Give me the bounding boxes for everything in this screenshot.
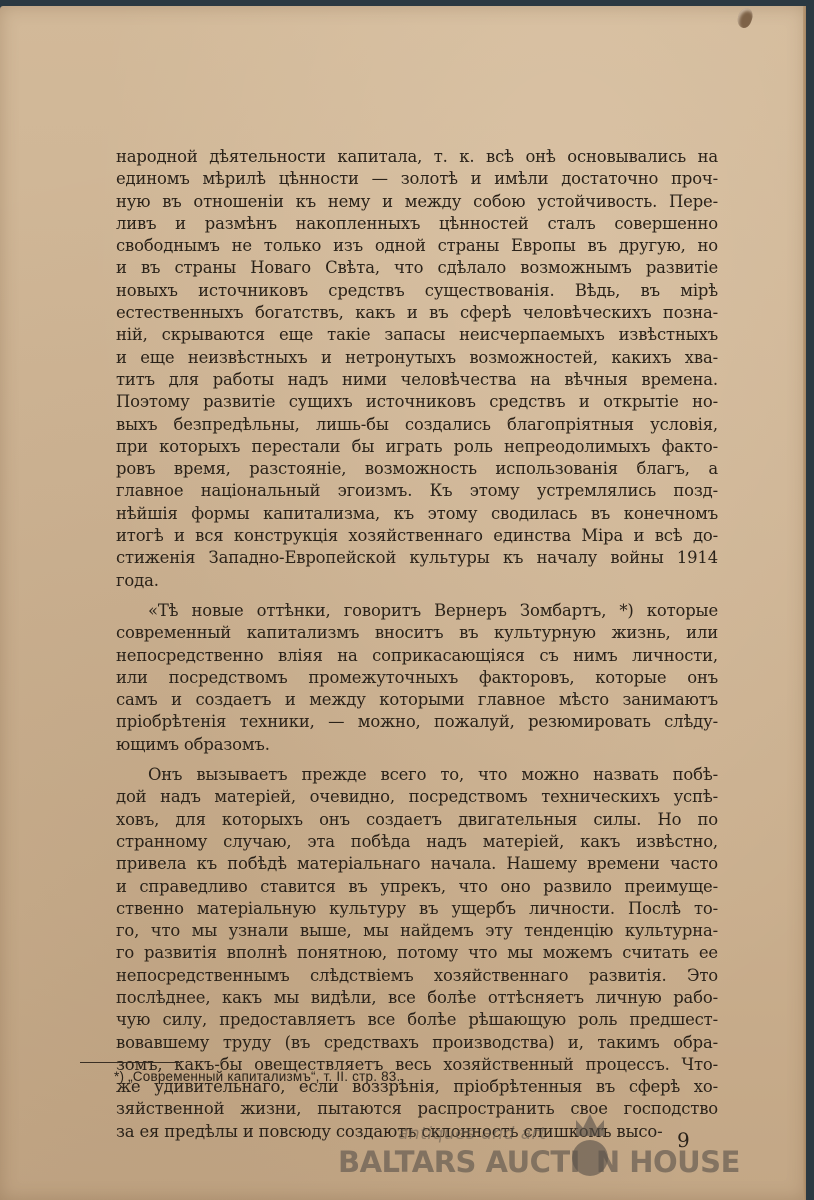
text-line: «Тѣ новые оттѣнки, говоритъ Вернеръ Зомб… [116,600,718,622]
text-line: зяйственной жизни, пытаются распространи… [116,1098,718,1120]
text-line: дой надъ матеріей, очевидно, посредством… [116,786,718,808]
text-line: или посредствомъ промежуточныхъ факторов… [116,667,718,689]
text-line: ній, скрываются еще такіе запасы неисчер… [116,324,718,346]
text-line: Поэтому развитіе сущихъ источниковъ сред… [116,391,718,413]
text-line: народной дѣятельности капитала, т. к. вс… [116,146,718,168]
text-line: непосредственно вліяя на соприкасающіяся… [116,645,718,667]
text-line: естественныхъ богатствъ, какъ и въ сферѣ… [116,302,718,324]
text-line: странному случаю, эта побѣда надъ матері… [116,831,718,853]
footnote-divider [80,1062,180,1063]
page-number: 9 [677,1128,690,1152]
text-line: Онъ вызываетъ прежде всего то, что можно… [116,764,718,786]
text-line: года. [116,570,718,592]
text-line: пріобрѣтенія техники, — можно, пожалуй, … [116,711,718,733]
paragraph: Онъ вызываетъ прежде всего то, что можно… [116,764,718,1143]
paragraph-gap [116,592,718,600]
scanned-book-page-photo: народной дѣятельности капитала, т. к. вс… [0,0,814,1200]
text-line: ственно матеріальную культуру въ ущербъ … [116,898,718,920]
text-line: ховъ, для которыхъ онъ создаетъ двигател… [116,809,718,831]
text-line: и справедливо ставится въ упрекъ, что он… [116,876,718,898]
text-line: новыхъ источниковъ средствъ существовані… [116,280,718,302]
text-line: го, что мы узнали выше, мы найдемъ эту т… [116,920,718,942]
text-line: го развитія вполнѣ понятною, потому что … [116,942,718,964]
text-line: итогѣ и вся конструкція хозяйственнаго е… [116,525,718,547]
text-line: при которыхъ перестали бы играть роль не… [116,436,718,458]
text-line: ливъ и размѣнъ накопленныхъ цѣнностей ст… [116,213,718,235]
text-line: ющимъ образомъ. [116,734,718,756]
text-line: и въ страны Новаго Свѣта, что сдѣлало во… [116,257,718,279]
text-line: вовавшему труду (въ средствахъ производс… [116,1032,718,1054]
text-line: ную въ отношеніи къ нему и между собою у… [116,191,718,213]
body-text: народной дѣятельности капитала, т. к. вс… [116,146,718,1143]
text-line: непосредственнымъ слѣдствіемъ хозяйствен… [116,965,718,987]
text-line: нѣйшія формы капитализма, къ этому своди… [116,503,718,525]
text-line: современный капитализмъ вноситъ въ культ… [116,622,718,644]
paragraph: «Тѣ новые оттѣнки, говоритъ Вернеръ Зомб… [116,600,718,756]
text-line: привела къ побѣдѣ матеріальнаго начала. … [116,853,718,875]
paragraph: народной дѣятельности капитала, т. к. вс… [116,146,718,592]
text-line: стиженія Западно-Европейской культуры къ… [116,547,718,569]
text-line: единомъ мѣрилѣ цѣнности — золотѣ и имѣли… [116,168,718,190]
text-line: ровъ время, разстояніе, возможность испо… [116,458,718,480]
text-line: выхъ безпредѣльны, лишь-бы создались бла… [116,414,718,436]
text-line: свободнымъ не только изъ одной страны Ев… [116,235,718,257]
text-line: главное національный эгоизмъ. Къ этому у… [116,480,718,502]
book-page: народной дѣятельности капитала, т. к. вс… [0,6,806,1200]
footnote: *) „Современный капитализмъ“, т. II. стр… [114,1069,400,1084]
text-line: чую силу, предоставляетъ все болѣе рѣшаю… [116,1009,718,1031]
paragraph-gap [116,756,718,764]
text-line: и еще неизвѣстныхъ и нетронутыхъ возможн… [116,347,718,369]
text-line: титъ для работы надъ ними человѣчества н… [116,369,718,391]
text-line: за ея предѣлы и повсюду создаютъ склонно… [116,1121,718,1143]
text-line: самъ и создаетъ и между которыми главное… [116,689,718,711]
text-line: послѣднее, какъ мы видѣли, все болѣе отт… [116,987,718,1009]
paper-tear-mark [735,6,755,30]
